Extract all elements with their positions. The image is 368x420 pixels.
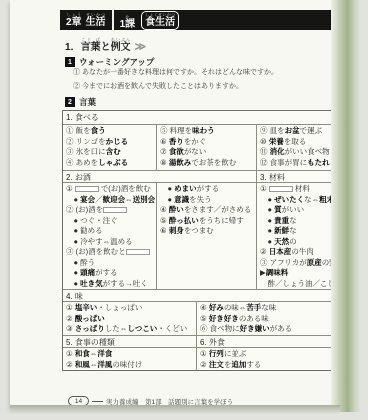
- list-item: ⑧ 湯飲みでお茶を飲む: [160, 158, 253, 169]
- table-row-section2-3-items: ① で(お)酒を飲む ● 宴会／歓迎会⇔送別会② (お)酒を ● つぐ・注ぐ ●…: [63, 182, 340, 289]
- list-item: ② 和風⇔洋風の味付け: [66, 360, 193, 371]
- list-item: ● 頭痛がする: [66, 268, 153, 279]
- section2-col1: ① で(お)酒を飲む ● 宴会／歓迎会⇔送別会② (お)酒を ● つぐ・注ぐ ●…: [63, 183, 156, 289]
- list-item: ② 今までにお酒を飲んで失敗したことはありますか。: [73, 80, 278, 94]
- lesson-title: 食生活しょくせいかつ: [145, 17, 175, 28]
- list-item: ① 和食⇔洋食: [66, 349, 193, 360]
- list-item: ② 酸っぱい: [66, 314, 193, 325]
- list-item: ② 注文を追加する: [200, 360, 337, 371]
- double-chevron-icon: ≫: [135, 41, 146, 53]
- list-item: ● 新鮮な: [260, 226, 337, 237]
- page-edge-shadow: [331, 0, 361, 412]
- list-item: ● 酔う: [66, 258, 153, 269]
- section1-col3: ⑨ 皿をお盆で運ぶ⑩ 栄養を取る⑪ 消化がいい食べ物⑫ 食事が胃にもたれる: [256, 125, 340, 170]
- list-item: ① 塩辛い・しょっぱい: [66, 303, 193, 314]
- list-item: ▶調味料: [260, 268, 337, 279]
- warmup-questions: ① あなたが一番好きな料理は何ですか。それはどんな味ですか。② 今までにお酒を飲…: [73, 66, 278, 94]
- section-heading: 1．言葉こと ばと例文れいぶん≫: [65, 37, 145, 53]
- list-item: ② 日本産の牛肉: [260, 247, 337, 258]
- section4-title: 4. 味: [63, 290, 340, 301]
- list-item: ⑥ 食べ物に好き嫌いがある: [200, 324, 337, 335]
- section4-col2: ④ 好みの味⇔苦手な味⑤ 好き好きのある味⑥ 食べ物に好き嫌いがある: [196, 302, 340, 335]
- list-item: ① で(お)酒を飲む: [66, 184, 153, 195]
- list-item: ● 吐き気がする→吐く: [66, 279, 153, 290]
- chapter-label: 2章しょう 生活せいかつ: [60, 12, 112, 28]
- section2-title: 2. お酒: [63, 171, 256, 182]
- list-item: ● ぜいたくな⇔粗末な: [260, 195, 337, 206]
- chapter-header-bar: 2章しょう 生活せいかつ 1課か 食生活しょくせいかつ: [60, 10, 341, 30]
- section1-title: 1. 食べる: [63, 111, 340, 124]
- list-item: ● 天然の: [260, 237, 337, 248]
- section6-title: 6. 外食: [196, 336, 340, 347]
- list-item: ⑤ 好き好きのある味: [200, 314, 337, 325]
- list-item: ● 質がいい: [260, 205, 337, 216]
- section5-items: ① 和食⇔洋食② 和風⇔洋風の味付け: [63, 348, 196, 370]
- vocab-header: 2 言葉: [65, 96, 96, 108]
- section-word-kotoba: 言葉こと ば: [81, 42, 101, 53]
- section6-items: ① 行列に並ぶ② 注文を追加する: [196, 348, 340, 370]
- list-item: ① あなたが一番好きな料理は何ですか。それはどんな味ですか。: [73, 66, 278, 80]
- section1-col1: ① 飯を食う② リンゴをかじる③ 氷を口に含む④ あめをしゃぶる: [63, 125, 156, 170]
- list-item: ② リンゴをかじる: [66, 137, 153, 148]
- vocab-title: 言葉: [79, 96, 96, 108]
- table-row-section4-header: 4. 味: [63, 289, 340, 301]
- lesson-label: 1課か 食生活しょくせいかつ: [114, 11, 186, 30]
- list-item: ④ 好みの味⇔苦手な味: [200, 303, 337, 314]
- list-item: ● 宴会／歓迎会⇔送別会: [66, 195, 153, 206]
- table-row-section1-header: 1. 食べる: [63, 111, 340, 124]
- list-item: 酢／しょう油／こしょう: [260, 279, 337, 290]
- table-row-section1-items: ① 飯を食う② リンゴをかじる③ 氷を口に含む④ あめをしゃぶる ⑤ 料理を味わ…: [63, 124, 340, 170]
- list-item: ● つぐ・注ぐ: [66, 216, 153, 227]
- list-item: ⑤ 料理を味わう: [160, 126, 253, 137]
- section-number: 1．: [65, 42, 81, 53]
- chapter-number: 2章しょう: [66, 12, 82, 28]
- section1-col2: ⑤ 料理を味わう⑥ 香りをかぐ⑦ 食欲がない⑧ 湯飲みでお茶を飲む: [156, 125, 256, 170]
- list-item: ④ あめをしゃぶる: [66, 158, 153, 169]
- section-word-reibun: 例文れいぶん: [111, 42, 131, 53]
- list-item: ② (お)酒を: [66, 205, 153, 216]
- list-item: ● 冷やす⇔温める: [66, 237, 153, 248]
- list-item: ⑪ 消化がいい食べ物: [260, 147, 337, 158]
- list-item: ⑥ 香りをかぐ: [160, 137, 253, 148]
- list-item: ⑨ 皿をお盆で運ぶ: [260, 126, 337, 137]
- section-joiner: と: [101, 42, 111, 53]
- list-item: ● 勧める: [66, 226, 153, 237]
- list-item: ● めまいがする: [160, 184, 253, 195]
- list-item: ● 意識を失う: [160, 195, 253, 206]
- table-row-section5-6-items: ① 和食⇔洋食② 和風⇔洋風の味付け ① 行列に並ぶ② 注文を追加する: [63, 347, 340, 370]
- list-item: ① 材料: [260, 184, 337, 195]
- table-row-section2-3-header: 2. お酒 3. 材料: [63, 170, 340, 182]
- list-item: ① 行列に並ぶ: [200, 349, 337, 360]
- table-row-section4-items: ① 塩辛い・しょっぱい② 酸っぱい③ さっぱりした⇔しつこい・くどい ④ 好みの…: [63, 301, 340, 335]
- book-page: 2章しょう 生活せいかつ 1課か 食生活しょくせいかつ 1．言葉こと ばと例文れ…: [10, 0, 335, 407]
- section3-title: 3. 材料: [256, 171, 340, 182]
- footer-line: [92, 401, 103, 402]
- list-item: ⑥ 刺身をつまむ: [160, 226, 253, 237]
- list-item: ③ アフリカが原産の野菜: [260, 258, 337, 269]
- lesson-number: 1課か: [120, 14, 136, 30]
- table-row-section5-6-header: 5. 食事の種類 6. 外食: [63, 335, 340, 347]
- list-item: ● 貴重な: [260, 216, 337, 227]
- chapter-title: 生活せいかつ: [86, 12, 106, 28]
- list-item: ⑦ 食欲がない: [160, 147, 253, 158]
- list-item: ⑤ 酔っ払いをうちに帰す: [160, 216, 253, 227]
- list-item: ⑫ 食事が胃にもたれる: [260, 158, 337, 169]
- list-item: ③ 氷を口に含む: [66, 147, 153, 158]
- vocab-number-badge: 2: [65, 97, 75, 107]
- list-item: ③ さっぱりした⇔しつこい・くどい: [66, 324, 193, 335]
- section2-col2: ● めまいがする ● 意識を失う④ 酔いをさます／がさめる⑤ 酔っ払いをうちに帰…: [156, 183, 256, 289]
- vocab-table: 1. 食べる ① 飯を食う② リンゴをかじる③ 氷を口に含む④ あめをしゃぶる …: [62, 110, 341, 371]
- section4-col1: ① 塩辛い・しょっぱい② 酸っぱい③ さっぱりした⇔しつこい・くどい: [63, 302, 196, 335]
- lesson-title-badge: 食生活しょくせいかつ: [141, 11, 179, 30]
- list-item: ④ 酔いをさます／がさめる: [160, 205, 253, 216]
- list-item: ① 飯を食う: [66, 126, 153, 137]
- book-photo: 2章しょう 生活せいかつ 1課か 食生活しょくせいかつ 1．言葉こと ばと例文れ…: [0, 0, 368, 420]
- section5-title: 5. 食事の種類: [63, 336, 196, 347]
- list-item: ⑩ 栄養を取る: [260, 137, 337, 148]
- page-bottom-shadow: [10, 405, 340, 414]
- section3-items: ① 材料 ● ぜいたくな⇔粗末な ● 質がいい ● 貴重な ● 新鮮な ● 天然…: [256, 183, 340, 289]
- list-item: ③ (お)酒を飲むと: [66, 247, 153, 258]
